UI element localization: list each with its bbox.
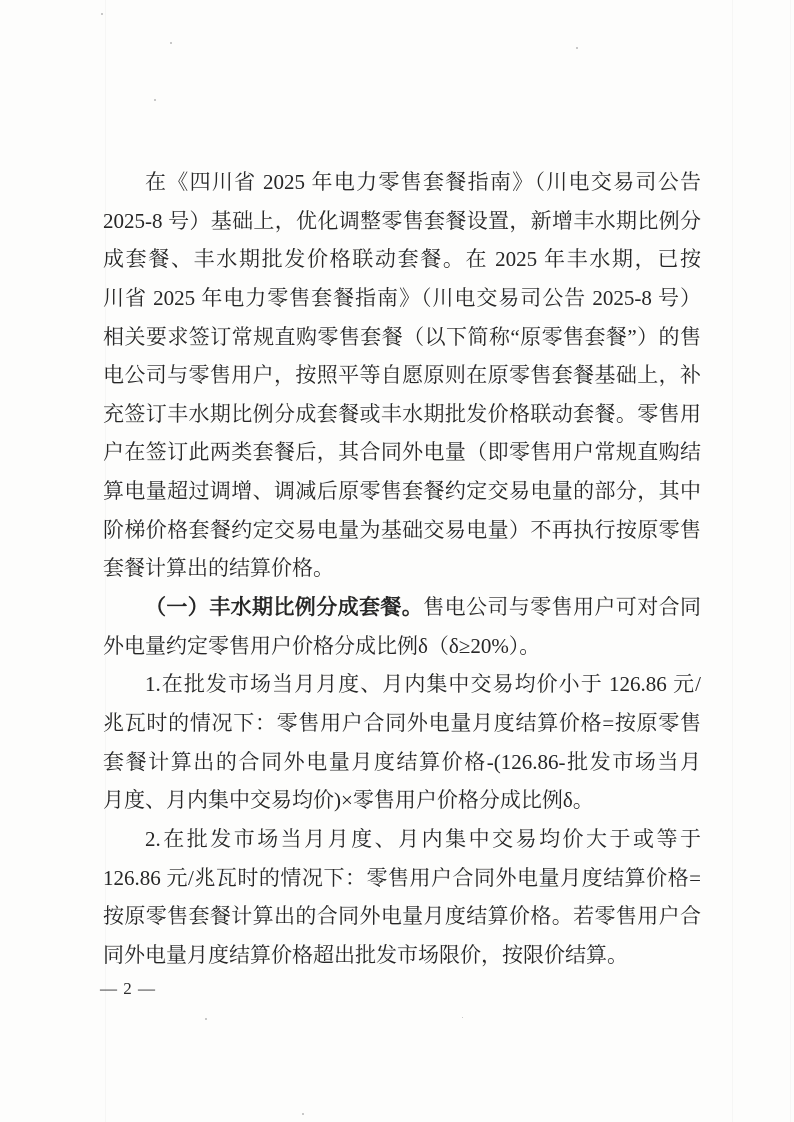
text-line: 在《四川省 2025 年电力零售套餐指南》（川电交易司公告 bbox=[103, 163, 701, 202]
text-line: 川省 2025 年电力零售套餐指南》（川电交易司公告 2025-8 号） bbox=[103, 279, 701, 318]
scan-artifact-line bbox=[790, 0, 791, 1122]
document-text-block: 在《四川省 2025 年电力零售套餐指南》（川电交易司公告2025-8 号）基础… bbox=[103, 163, 701, 974]
body-text: 阶梯价格套餐约定交易电量为基础交易电量）不再执行按原零售 bbox=[103, 518, 701, 542]
scan-speck bbox=[154, 99, 156, 101]
text-line: 电公司与零售用户，按照平等自愿原则在原零售套餐基础上，补 bbox=[103, 356, 701, 395]
body-text: 月度、月内集中交易均价)×零售用户价格分成比例δ。 bbox=[103, 788, 594, 812]
scan-speck bbox=[170, 42, 172, 44]
body-text: 在《四川省 2025 年电力零售套餐指南》（川电交易司公告 bbox=[145, 170, 701, 194]
page-number: — 2 — bbox=[100, 979, 156, 999]
body-text: 算电量超过调增、调减后原零售套餐约定交易电量的部分，其中 bbox=[103, 479, 701, 503]
section-heading-text: （一）丰水期比例分成套餐。 bbox=[145, 595, 423, 619]
text-line: 兆瓦时的情况下：零售用户合同外电量月度结算价格=按原零售 bbox=[103, 704, 701, 743]
body-text: 充签订丰水期比例分成套餐或丰水期批发价格联动套餐。零售用 bbox=[103, 402, 701, 426]
body-text: 电公司与零售用户，按照平等自愿原则在原零售套餐基础上，补 bbox=[103, 363, 701, 387]
body-text: 户在签订此两类套餐后，其合同外电量（即零售用户常规直购结 bbox=[103, 440, 701, 464]
text-line: 算电量超过调增、调减后原零售套餐约定交易电量的部分，其中 bbox=[103, 472, 701, 511]
body-text: 相关要求签订常规直购零售套餐（以下简称“原零售套餐”）的售 bbox=[103, 325, 701, 349]
body-text: 2.在批发市场当月月度、月内集中交易均价大于或等于 bbox=[145, 827, 701, 851]
text-line: 套餐计算出的合同外电量月度结算价格-(126.86-批发市场当月 bbox=[103, 743, 701, 782]
body-text: 126.86 元/兆瓦时的情况下：零售用户合同外电量月度结算价格= bbox=[103, 866, 701, 890]
text-line: 月度、月内集中交易均价)×零售用户价格分成比例δ。 bbox=[103, 781, 701, 820]
scan-speck bbox=[462, 1017, 463, 1018]
text-line: 外电量约定零售用户价格分成比例δ（δ≥20%）。 bbox=[103, 627, 701, 666]
body-text: 川省 2025 年电力零售套餐指南》（川电交易司公告 2025-8 号） bbox=[103, 286, 701, 310]
body-text: 套餐计算出的结算价格。 bbox=[103, 556, 334, 580]
text-line: 充签订丰水期比例分成套餐或丰水期批发价格联动套餐。零售用 bbox=[103, 395, 701, 434]
text-line: 阶梯价格套餐约定交易电量为基础交易电量）不再执行按原零售 bbox=[103, 511, 701, 550]
body-text: 同外电量月度结算价格超出批发市场限价，按限价结算。 bbox=[103, 943, 628, 967]
text-line: 成套餐、丰水期批发价格联动套餐。在 2025 年丰水期，已按《四 bbox=[103, 240, 701, 279]
text-line: 2025-8 号）基础上，优化调整零售套餐设置，新增丰水期比例分 bbox=[103, 202, 701, 241]
text-line: 套餐计算出的结算价格。 bbox=[103, 549, 701, 588]
text-line: 126.86 元/兆瓦时的情况下：零售用户合同外电量月度结算价格= bbox=[103, 859, 701, 898]
body-text: 外电量约定零售用户价格分成比例δ（δ≥20%）。 bbox=[103, 634, 540, 658]
text-line: 户在签订此两类套餐后，其合同外电量（即零售用户常规直购结 bbox=[103, 433, 701, 472]
scan-artifact-line bbox=[732, 0, 733, 1122]
body-text: 按原零售套餐计算出的合同外电量月度结算价格。若零售用户合 bbox=[103, 904, 701, 928]
scan-speck bbox=[302, 1113, 304, 1115]
body-text: 2025-8 号）基础上，优化调整零售套餐设置，新增丰水期比例分 bbox=[103, 209, 701, 233]
text-line: 1.在批发市场当月月度、月内集中交易均价小于 126.86 元/ bbox=[103, 665, 701, 704]
text-line: （一）丰水期比例分成套餐。售电公司与零售用户可对合同 bbox=[103, 588, 701, 627]
body-text: 1.在批发市场当月月度、月内集中交易均价小于 126.86 元/ bbox=[145, 672, 701, 696]
scan-speck bbox=[576, 47, 578, 49]
text-line: 同外电量月度结算价格超出批发市场限价，按限价结算。 bbox=[103, 936, 701, 975]
body-text: 兆瓦时的情况下：零售用户合同外电量月度结算价格=按原零售 bbox=[103, 711, 701, 735]
body-text: 成套餐、丰水期批发价格联动套餐。在 2025 年丰水期，已按《四 bbox=[103, 247, 701, 279]
scan-speck bbox=[205, 1018, 207, 1020]
text-line: 2.在批发市场当月月度、月内集中交易均价大于或等于 bbox=[103, 820, 701, 859]
text-line: 按原零售套餐计算出的合同外电量月度结算价格。若零售用户合 bbox=[103, 897, 701, 936]
scan-speck bbox=[101, 13, 103, 15]
body-text: 套餐计算出的合同外电量月度结算价格-(126.86-批发市场当月 bbox=[103, 750, 701, 774]
body-text: 售电公司与零售用户可对合同 bbox=[423, 595, 701, 619]
text-line: 相关要求签订常规直购零售套餐（以下简称“原零售套餐”）的售 bbox=[103, 318, 701, 357]
document-page: 在《四川省 2025 年电力零售套餐指南》（川电交易司公告2025-8 号）基础… bbox=[0, 0, 794, 1122]
